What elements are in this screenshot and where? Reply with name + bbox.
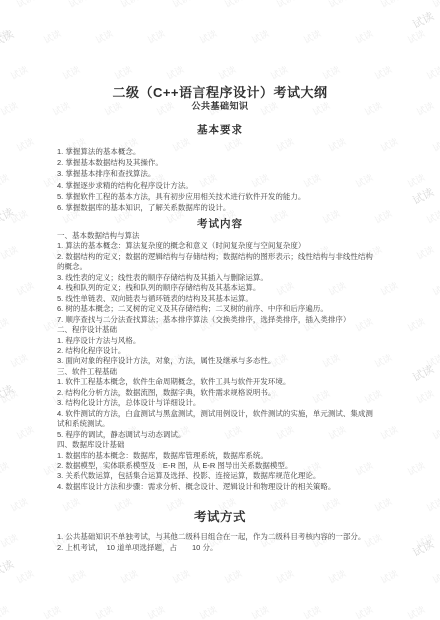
watermark-text: 试读 bbox=[170, 0, 192, 10]
watermark-text: 试读 bbox=[430, 423, 440, 443]
doc-line: 5. 掌握软件工程的基本方法，具有初步应用相关技术进行软件开发的能力。 bbox=[57, 191, 373, 202]
doc-line: 7. 顺序查找与二分法查找算法；基本排序算法（交换类排序，选择类排序，插入类排序… bbox=[57, 315, 373, 325]
watermark-text: 试读 bbox=[145, 603, 167, 620]
doc-line: 2. 上机考试， 10 道单项选择题，占 10 分。 bbox=[57, 543, 373, 554]
watermark-text: 试读 bbox=[14, 279, 36, 299]
watermark-text: 试读 bbox=[8, 351, 30, 371]
watermark-text: 试读 bbox=[301, 27, 323, 47]
watermark-text: 试读 bbox=[8, 63, 30, 83]
doc-line: 一、基本数据结构与算法 bbox=[57, 231, 373, 241]
doc-line: 6. 树的基本概念；二叉树的定义及其存储结构；二叉树的前序、中序和后序遍历。 bbox=[57, 304, 373, 314]
watermark-text: 试读 bbox=[170, 567, 192, 587]
watermark-text: 试读 bbox=[320, 63, 342, 83]
doc-line: 1. 数据库的基本概念：数据库，数据库管理系统，数据库系统。 bbox=[57, 451, 373, 461]
section-heading-basic-requirements: 基本要求 bbox=[0, 122, 440, 137]
doc-line: 5. 线性单链表、双向链表与循环链表的结构及其基本运算。 bbox=[57, 294, 373, 304]
watermark-text: 试读 bbox=[14, 0, 36, 10]
watermark-text: 试读 bbox=[301, 603, 323, 620]
doc-line: 1. 公共基础知识不单独考试，与其他二级科目组合在一起，作为二级科目考核内容的一… bbox=[57, 532, 373, 543]
watermark-text-edge: 试读 bbox=[410, 8, 437, 32]
section-heading-exam-method: 考试方式 bbox=[0, 507, 440, 525]
watermark-text-edge: 试读 bbox=[410, 361, 437, 385]
exam-content-list: 一、基本数据结构与算法1. 算法的基本概念：算法复杂度的概念和意义（时间复杂度与… bbox=[57, 231, 373, 492]
doc-line: 2. 数据结构的定义；数据的逻辑结构与存储结构；数据结构的图形表示；线性结构与非… bbox=[57, 252, 373, 273]
watermark-text: 试读 bbox=[378, 279, 400, 299]
doc-line: 2. 结构化程序设计。 bbox=[57, 346, 373, 356]
watermark-text: 试读 bbox=[430, 0, 440, 10]
watermark-text: 试读 bbox=[41, 603, 63, 620]
watermark-text: 试读 bbox=[430, 135, 440, 155]
doc-subtitle: 公共基础知识 bbox=[0, 99, 440, 112]
watermark-text: 试读 bbox=[118, 0, 140, 10]
watermark-text: 试读 bbox=[268, 63, 290, 83]
watermark-text: 试读 bbox=[14, 423, 36, 443]
watermark-text: 试读 bbox=[222, 567, 244, 587]
watermark-text: 试读 bbox=[222, 0, 244, 10]
watermark-text: 试读 bbox=[405, 315, 427, 335]
watermark-text: 试读 bbox=[378, 567, 400, 587]
watermark-text: 试读 bbox=[0, 603, 11, 620]
doc-line: 1. 软件工程基本概念，软件生命周期概念，软件工具与软件开发环境。 bbox=[57, 377, 373, 387]
exam-method-list: 1. 公共基础知识不单独考试，与其他二级科目组合在一起，作为二级科目考核内容的一… bbox=[57, 532, 373, 554]
doc-line: 三、软件工程基础 bbox=[57, 367, 373, 377]
watermark-text: 试读 bbox=[216, 63, 238, 83]
watermark-text: 试读 bbox=[378, 135, 400, 155]
doc-line: 2. 结构化分析方法，数据流图，数据字典，软件需求规格说明书。 bbox=[57, 388, 373, 398]
watermark-text: 试读 bbox=[249, 27, 271, 47]
watermark-text: 试读 bbox=[430, 567, 440, 587]
watermark-text: 试读 bbox=[112, 63, 134, 83]
watermark-text: 试读 bbox=[0, 171, 11, 191]
watermark-text: 试读 bbox=[66, 567, 88, 587]
watermark-text: 试读 bbox=[414, 387, 436, 407]
watermark-text: 试读 bbox=[93, 603, 115, 620]
watermark-text: 试读 bbox=[164, 63, 186, 83]
doc-line: 4. 数据库设计方法和步骤：需求分析、概念设计、逻辑设计和物理设计的相关策略。 bbox=[57, 482, 373, 492]
section-heading-exam-content: 考试内容 bbox=[0, 216, 440, 231]
doc-line: 3. 关系代数运算，包括集合运算及选择、投影、连接运算，数据库规范化理论。 bbox=[57, 471, 373, 481]
doc-line: 6. 掌握数据库的基本知识，了解关系数据库的设计。 bbox=[57, 202, 373, 213]
doc-line: 二、程序设计基础 bbox=[57, 325, 373, 335]
doc-line: 3. 掌握基本排序和查找算法。 bbox=[57, 168, 373, 179]
watermark-text: 试读 bbox=[197, 27, 219, 47]
doc-line: 4. 软件测试的方法，白盒测试与黑盒测试，测试用例设计，软件测试的实施，单元测试… bbox=[57, 409, 373, 430]
doc-line: 2. 掌握基本数据结构及其操作。 bbox=[57, 157, 373, 168]
watermark-text: 试读 bbox=[326, 0, 348, 10]
watermark-text: 试读 bbox=[274, 0, 296, 10]
watermark-text: 试读 bbox=[60, 63, 82, 83]
doc-line: 3. 面向对象的程序设计方法，对象，方法，属性及继承与多态性。 bbox=[57, 356, 373, 366]
watermark-text: 试读 bbox=[424, 351, 440, 371]
watermark-text-edge: 试读 bbox=[0, 381, 16, 405]
doc-line: 4. 掌握逐步求精的结构化程序设计方法。 bbox=[57, 180, 373, 191]
watermark-text: 试读 bbox=[405, 603, 427, 620]
watermark-text: 试读 bbox=[372, 63, 394, 83]
doc-line: 1. 程序设计方法与风格。 bbox=[57, 336, 373, 346]
watermark-text: 试读 bbox=[274, 567, 296, 587]
watermark-text: 试读 bbox=[0, 459, 11, 479]
doc-line: 四、数据库设计基础 bbox=[57, 440, 373, 450]
watermark-text: 试读 bbox=[118, 567, 140, 587]
watermark-text: 试读 bbox=[405, 459, 427, 479]
watermark-text: 试读 bbox=[414, 243, 436, 263]
doc-line: 1. 掌握算法的基本概念。 bbox=[57, 146, 373, 157]
watermark-text: 试读 bbox=[353, 603, 375, 620]
doc-line: 3. 线性表的定义；线性表的顺序存储结构及其插入与删除运算。 bbox=[57, 273, 373, 283]
doc-line: 1. 算法的基本概念：算法复杂度的概念和意义（时间复杂度与空间复杂度） bbox=[57, 241, 373, 251]
doc-line: 2. 数据模型，实体联系模型及 E-R 图，从 E-R 图导出关系数据模型。 bbox=[57, 461, 373, 471]
watermark-text-edge: 试读 bbox=[0, 26, 16, 50]
watermark-text: 试读 bbox=[378, 0, 400, 10]
watermark-text: 试读 bbox=[353, 27, 375, 47]
watermark-text: 试读 bbox=[93, 27, 115, 47]
doc-line: 3. 结构化设计方法，总体设计与详细设计。 bbox=[57, 398, 373, 408]
watermark-text: 试读 bbox=[414, 531, 436, 551]
watermark-text: 试读 bbox=[0, 315, 11, 335]
watermark-text: 试读 bbox=[424, 63, 440, 83]
watermark-text: 试读 bbox=[0, 243, 20, 263]
watermark-text: 试读 bbox=[197, 603, 219, 620]
watermark-text: 试读 bbox=[249, 603, 271, 620]
watermark-text: 试读 bbox=[41, 27, 63, 47]
watermark-text: 试读 bbox=[14, 567, 36, 587]
watermark-text-edge: 试读 bbox=[410, 536, 437, 560]
basic-requirements-list: 1. 掌握算法的基本概念。2. 掌握基本数据结构及其操作。3. 掌握基本排序和查… bbox=[57, 146, 373, 213]
document-page: 试读试读试读试读试读试读试读试读试读试读试读试读试读试读试读试读试读试读试读试读… bbox=[0, 0, 440, 620]
watermark-text: 试读 bbox=[405, 27, 427, 47]
watermark-text: 试读 bbox=[0, 531, 20, 551]
watermark-text: 试读 bbox=[145, 27, 167, 47]
doc-line: 4. 栈和队列的定义；栈和队列的顺序存储结构及其基本运算。 bbox=[57, 283, 373, 293]
watermark-text: 试读 bbox=[430, 279, 440, 299]
watermark-text: 试读 bbox=[405, 171, 427, 191]
watermark-text: 试读 bbox=[14, 135, 36, 155]
watermark-text: 试读 bbox=[0, 387, 20, 407]
watermark-text: 试读 bbox=[326, 567, 348, 587]
watermark-text: 试读 bbox=[372, 351, 394, 371]
doc-line: 5. 程序的调试，静态调试与动态调试。 bbox=[57, 430, 373, 440]
watermark-text-edge: 试读 bbox=[410, 184, 437, 208]
watermark-text-edge: 试读 bbox=[0, 556, 16, 580]
watermark-text: 试读 bbox=[66, 0, 88, 10]
watermark-text: 试读 bbox=[0, 27, 11, 47]
watermark-text: 试读 bbox=[378, 423, 400, 443]
